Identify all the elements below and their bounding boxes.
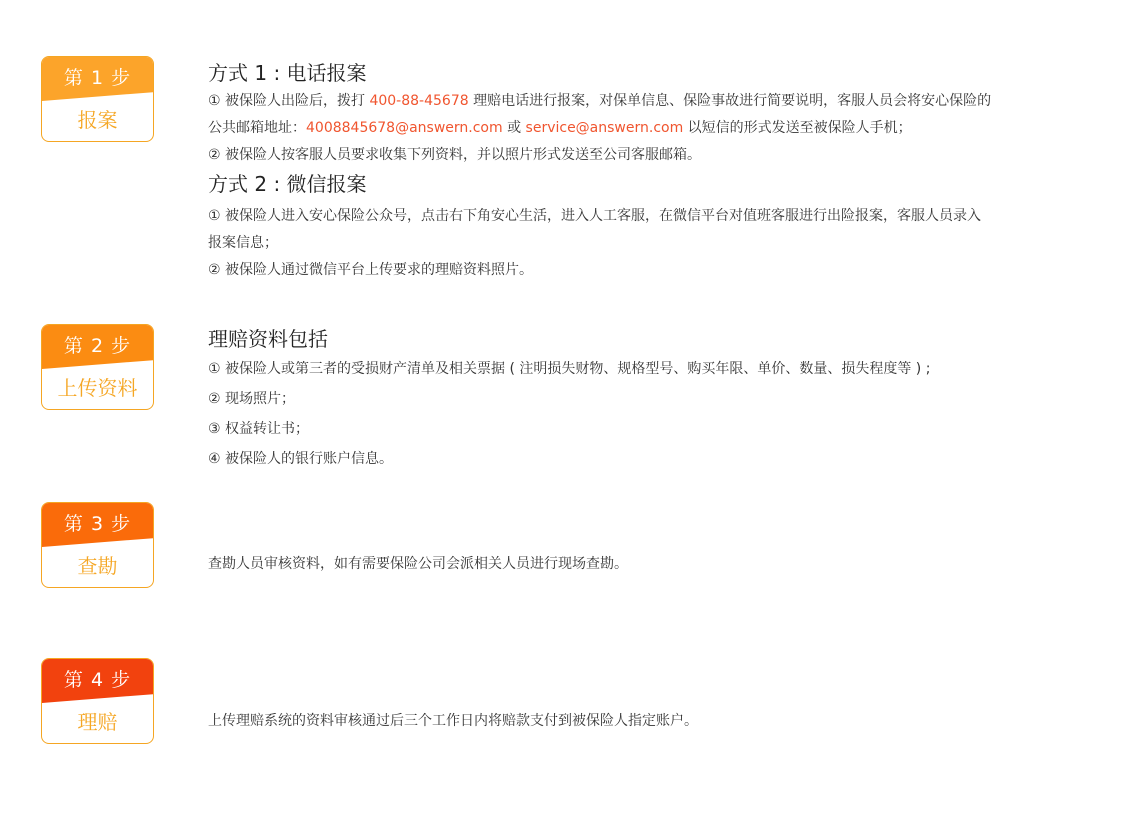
email-1: 4008845678@answern.com [306, 120, 503, 136]
step-2-name: 上传资料 [42, 372, 153, 401]
method-2-line-1-cont: 报案信息； [208, 230, 991, 257]
materials-title: 理赔资料包括 [208, 324, 930, 354]
step-3-header: 第 3 步 [42, 503, 153, 547]
material-item: ② 现场照片； [208, 384, 930, 414]
method-1-line-1: ① 被保险人出险后，拨打 400-88-45678 理赔电话进行报案，对保单信息… [208, 88, 991, 115]
step-4-content: 上传理赔系统的资料审核通过后三个工作日内将赔款支付到被保险人指定账户。 [208, 708, 698, 735]
step-3-name: 查勘 [42, 550, 153, 579]
step-1-name: 报案 [42, 104, 153, 133]
step-1-content: 方式 1 : 电话报案 ① 被保险人出险后，拨打 400-88-45678 理赔… [208, 58, 991, 284]
text: 以短信的形式发送至被保险人手机； [683, 120, 911, 136]
step-3-label: 第 3 步 [42, 509, 153, 536]
step-4-badge: 第 4 步 理赔 [41, 658, 154, 744]
method-2-title: 方式 2 : 微信报案 [208, 169, 991, 199]
email-2: service@answern.com [526, 120, 684, 136]
material-item: ④ 被保险人的银行账户信息。 [208, 444, 930, 474]
step-4-header: 第 4 步 [42, 659, 153, 703]
step-4-name: 理赔 [42, 706, 153, 735]
text: ① 被保险人出险后，拨打 [208, 93, 369, 109]
text: 公共邮箱地址： [208, 120, 306, 136]
step-1-label: 第 1 步 [42, 63, 153, 90]
step-2-label: 第 2 步 [42, 331, 153, 358]
step-4-label: 第 4 步 [42, 665, 153, 692]
text: 理赔电话进行报案，对保单信息、保险事故进行简要说明，客服人员会将安心保险的 [469, 93, 991, 109]
material-item: ③ 权益转让书； [208, 414, 930, 444]
method-2-line-2: ② 被保险人通过微信平台上传要求的理赔资料照片。 [208, 257, 991, 284]
method-1-line-3: ② 被保险人按客服人员要求收集下列资料，并以照片形式发送至公司客服邮箱。 [208, 142, 991, 169]
material-item: ① 被保险人或第三者的受损财产清单及相关票据 ( 注明损失财物、规格型号、购买年… [208, 354, 930, 384]
step-2-header: 第 2 步 [42, 325, 153, 369]
method-1-title: 方式 1 : 电话报案 [208, 58, 991, 88]
step-1-badge: 第 1 步 报案 [41, 56, 154, 142]
step-3-badge: 第 3 步 查勘 [41, 502, 154, 588]
phone-number: 400-88-45678 [369, 93, 468, 109]
step-3-content: 查勘人员审核资料，如有需要保险公司会派相关人员进行现场查勘。 [208, 551, 628, 578]
method-1-line-2: 公共邮箱地址：4008845678@answern.com 或 service@… [208, 115, 991, 142]
survey-text: 查勘人员审核资料，如有需要保险公司会派相关人员进行现场查勘。 [208, 551, 628, 578]
step-2-badge: 第 2 步 上传资料 [41, 324, 154, 410]
text: 或 [503, 120, 526, 136]
step-2-content: 理赔资料包括 ① 被保险人或第三者的受损财产清单及相关票据 ( 注明损失财物、规… [208, 324, 930, 474]
step-1-header: 第 1 步 [42, 57, 153, 101]
method-2-line-1: ① 被保险人进入安心保险公众号，点击右下角安心生活，进入人工客服，在微信平台对值… [208, 203, 991, 230]
claim-text: 上传理赔系统的资料审核通过后三个工作日内将赔款支付到被保险人指定账户。 [208, 708, 698, 735]
